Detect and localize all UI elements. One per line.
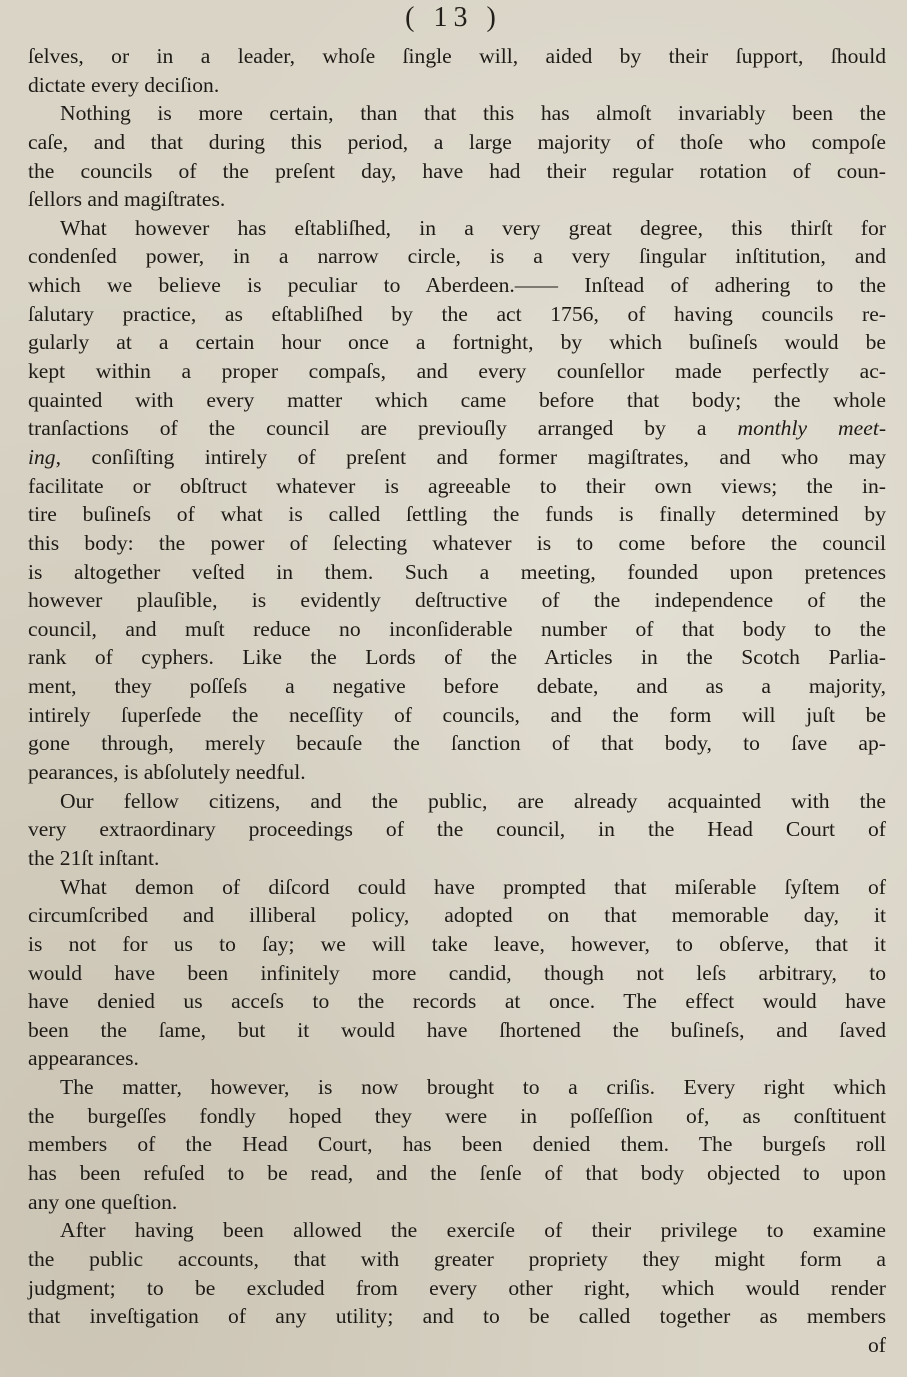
text-line: the burgeſſes fondly hoped they were in …: [28, 1102, 886, 1131]
text-line: the public accounts, that with greater p…: [28, 1245, 886, 1274]
text-line: is not for us to ſay; we will take leave…: [28, 930, 886, 959]
text-line: facilitate or obſtruct whatever is agree…: [28, 472, 886, 501]
text-line: judgment; to be excluded from every othe…: [28, 1274, 886, 1303]
text-line: Nothing is more certain, than that this …: [28, 99, 886, 128]
text-line: kept within a proper compaſs, and every …: [28, 357, 886, 386]
text-line: gularly at a certain hour once a fortnig…: [28, 328, 886, 357]
document-page: ( 13 ) ſelves, or in a leader, whoſe ſin…: [0, 0, 907, 1377]
text-line: tranſactions of the council are previouſ…: [28, 414, 886, 443]
text-line: have denied us acceſs to the records at …: [28, 987, 886, 1016]
text-line: very extraordinary proceedings of the co…: [28, 815, 886, 844]
text-line: dictate every deciſion.: [28, 71, 886, 100]
text-line: ſalutary practice, as eſtabliſhed by the…: [28, 300, 886, 329]
body-text: ſelves, or in a leader, whoſe ſingle wil…: [28, 42, 886, 1359]
text-line: council, and muſt reduce no inconſiderab…: [28, 615, 886, 644]
text-line: any one queſtion.: [28, 1188, 886, 1217]
text-line: would have been infinitely more candid, …: [28, 959, 886, 988]
page-number: ( 13 ): [0, 2, 907, 34]
text-line: Our fellow citizens, and the public, are…: [28, 787, 886, 816]
text-line: rank of cyphers. Like the Lords of the A…: [28, 643, 886, 672]
text-line: which we believe is peculiar to Aberdeen…: [28, 271, 886, 300]
text-line: however plauſible, is evidently deſtruct…: [28, 586, 886, 615]
text-line: pearances, is abſolutely needful.: [28, 758, 886, 787]
text-line: caſe, and that during this period, a lar…: [28, 128, 886, 157]
italic-text: monthly meet-: [737, 416, 886, 440]
text-line: After having been allowed the exerciſe o…: [28, 1216, 886, 1245]
text-line: been the ſame, but it would have ſhorten…: [28, 1016, 886, 1045]
text-line: that inveſtigation of any utility; and t…: [28, 1302, 886, 1331]
text-line: gone through, merely becauſe the ſanctio…: [28, 729, 886, 758]
text-line: What however has eſtabliſhed, in a very …: [28, 214, 886, 243]
text-line: ment, they poſſeſs a negative before deb…: [28, 672, 886, 701]
text-line: the councils of the preſent day, have ha…: [28, 157, 886, 186]
text-line: The matter, however, is now brought to a…: [28, 1073, 886, 1102]
text-line: ſellors and magiſtrates.: [28, 185, 886, 214]
text-line: ſelves, or in a leader, whoſe ſingle wil…: [28, 42, 886, 71]
text-line: has been refuſed to be read, and the ſen…: [28, 1159, 886, 1188]
text-line: ing, conſiſting intirely of preſent and …: [28, 443, 886, 472]
text-line: this body: the power of ſelecting whatev…: [28, 529, 886, 558]
catchword: of: [28, 1331, 886, 1360]
text-line: circumſcribed and illiberal policy, adop…: [28, 901, 886, 930]
text-line: appearances.: [28, 1044, 886, 1073]
text-line: intirely ſuperſede the neceſſity of coun…: [28, 701, 886, 730]
text-line: is altogether veſted in them. Such a mee…: [28, 558, 886, 587]
text-line: quainted with every matter which came be…: [28, 386, 886, 415]
italic-text: ing: [28, 445, 56, 469]
text-line: the 21ſt inſtant.: [28, 844, 886, 873]
text-line: condenſed power, in a narrow circle, is …: [28, 242, 886, 271]
text-line: members of the Head Court, has been deni…: [28, 1130, 886, 1159]
text-line: tire buſineſs of what is called ſettling…: [28, 500, 886, 529]
text-line: What demon of diſcord could have prompte…: [28, 873, 886, 902]
